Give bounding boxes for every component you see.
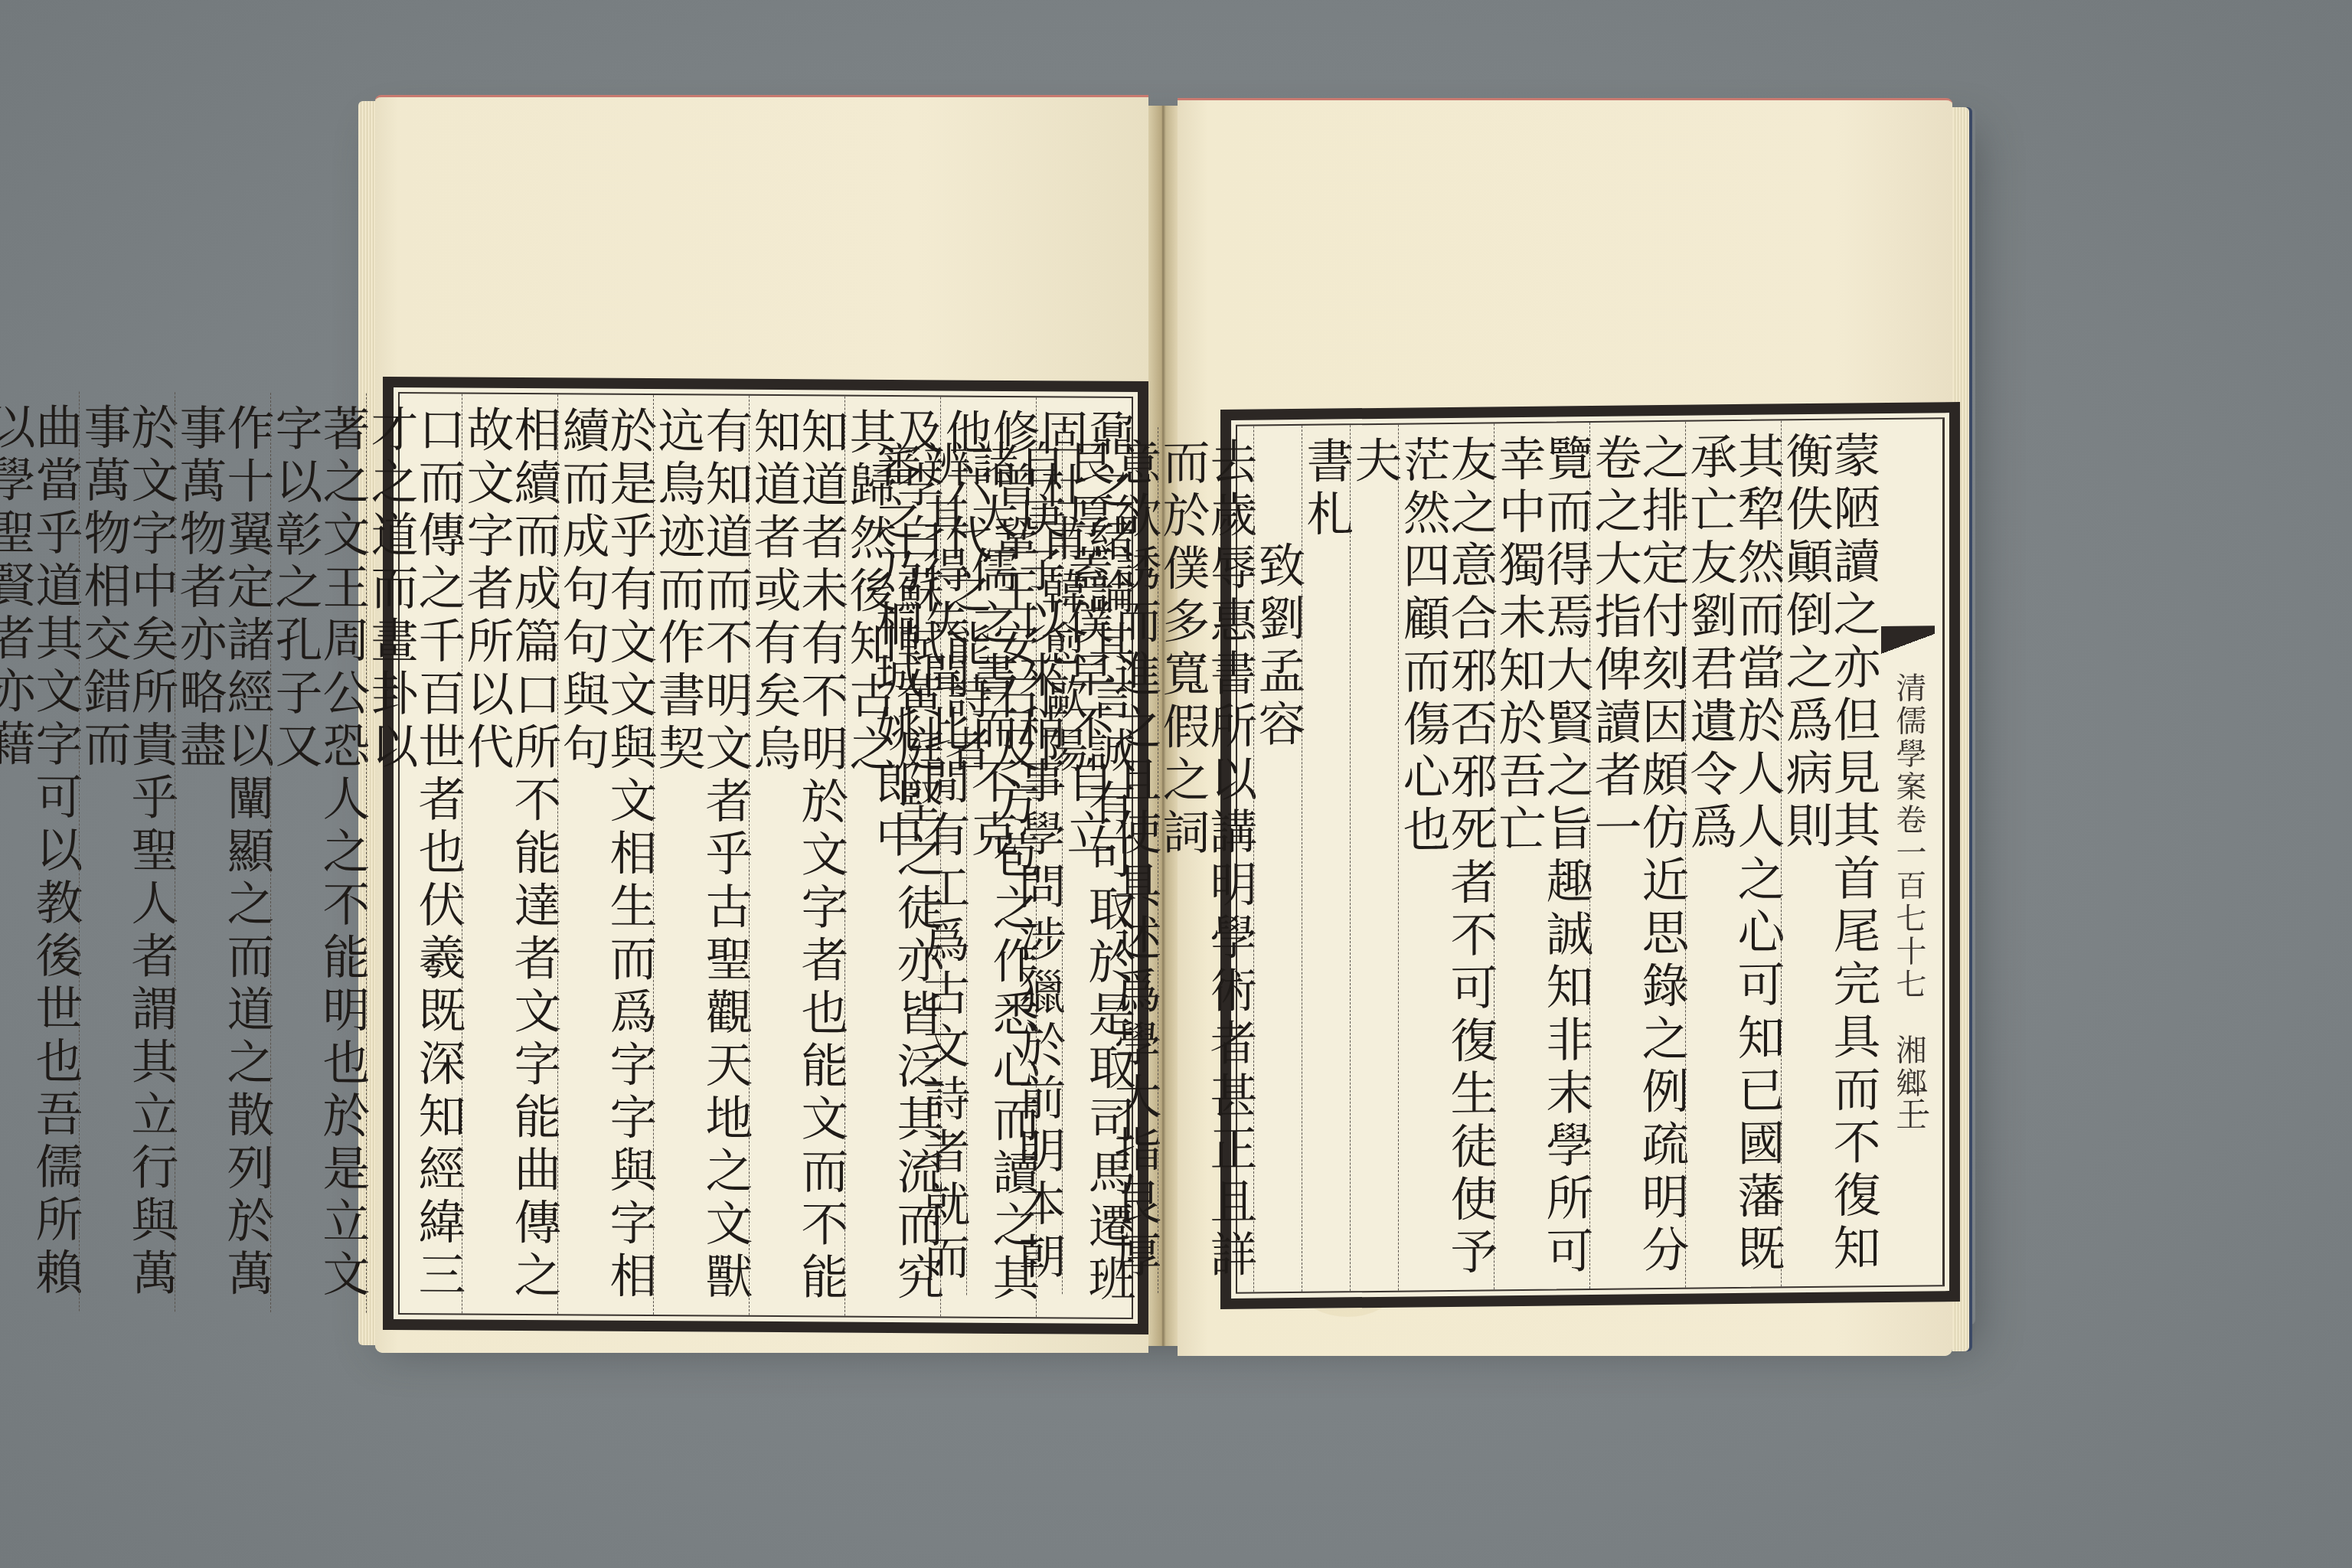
banxin-section-text: 湘鄉上 (1891, 1034, 1926, 1132)
column-text: 致劉孟容 (1254, 541, 1302, 753)
text-column: 其犂然而當於人人之心可知已國藩既承亡友劉君遺令爲 (1685, 420, 1781, 1287)
column-text: 作十翼定諸經以闡顯之而道之散列於萬事萬物者亦略盡 (175, 403, 270, 1312)
column-text: 口而傳之千百世者也伏羲既深知經緯三才之道而畫卦以 (367, 404, 462, 1314)
text-column: 之排定付刻因頗仿近思錄之例疏明分卷之大指俾讀者一 (1589, 422, 1685, 1289)
column-text: 友之意合邪否邪死者不可復生徒使予茫然四顧而傷心也 (1399, 434, 1494, 1290)
column-text: 曲當乎道其文字可以教後世也吾儒所賴以學聖賢者亦藉 (0, 402, 79, 1312)
text-column: 自庚子以來稍事學問涉獵於前明本朝諸大儒之書而不克 (966, 428, 1062, 1295)
text-column: 口而傳之千百世者也伏羲既深知經緯三才之道而畫卦以 (366, 394, 462, 1314)
column-text: 書札 (1302, 436, 1350, 542)
banxin-title-text: 清儒學案卷一百七十七 (1891, 671, 1926, 1001)
banxin-center-strip: 清儒學案卷一百七十七 湘鄉上 三 (1877, 419, 1943, 1285)
column-text: 其犂然而當於人人之心可知已國藩既承亡友劉君遺令爲 (1686, 431, 1781, 1287)
text-column: 意欲誘而進之且使具述爲學大指艮厚艮厚蓋僕早不自立 (1062, 427, 1158, 1294)
banxin-title: 清儒學案卷一百七十七 湘鄉上 (1887, 671, 1931, 1133)
column-text: 著之文王周公恐人之不能明也於是立文字以彰之孔子又 (271, 403, 366, 1313)
column-text: 意欲誘而進之且使具述爲學大指艮厚艮厚蓋僕早不自立 (1063, 438, 1158, 1294)
text-column: 於是乎有文文與文相生而爲字字與字相續而成句句與句 (557, 394, 653, 1315)
text-column: 於文字中矣所貴乎聖人者謂其立行與萬事萬物相交錯而 (79, 392, 175, 1312)
right-page-frame: 清儒學案卷一百七十七 湘鄉上 三 蒙陋讀之亦但見其首尾完具而不復知衡佚顚倒之爲病… (1220, 402, 1960, 1309)
column-text: 知道者未有不明於文字者也能文而不能知道者或有矣烏 (750, 407, 844, 1316)
column-text: 於是乎有文文與文相生而爲字字與字相續而成句句與句 (558, 405, 653, 1315)
text-column: 作十翼定諸經以闡顯之而道之散列於萬事萬物者亦略盡 (175, 392, 270, 1312)
text-column: 知道者未有不明於文字者也能文而不能知道者或有矣烏 (749, 396, 844, 1316)
text-column: 去歲辱惠書所以講明學術者甚正且詳而於僕多寬假之詞 (1158, 426, 1253, 1293)
column-text: 於文字中矣所貴乎聖人者謂其立行與萬事萬物相交錯而 (80, 403, 175, 1312)
text-column: 覽而得焉大賢之旨趣誠知非末學所可幸中獨未知於吾亡 (1494, 423, 1589, 1289)
fish-tail-mark-icon (1881, 626, 1935, 657)
text-column: 友之意合邪否邪死者不可復生徒使予茫然四顧而傷心也 (1398, 423, 1494, 1290)
column-text: 相續而成篇口所不能達者文字能曲傳之故文字者所以代 (462, 405, 557, 1315)
column-text: 辨其得失聞此閒有工爲古文詩者就而審之乃桐城姚郎中 (871, 440, 966, 1296)
column-text: 有知道而不明文者乎古聖觀天地之文獸迒鳥迹而作書契 (654, 406, 749, 1315)
text-column: 夫 (1350, 425, 1398, 1292)
column-text: 夫 (1351, 436, 1398, 489)
column-text: 去歲辱惠書所以講明學術者甚正且詳而於僕多寬假之詞 (1158, 437, 1253, 1293)
text-column: 相續而成篇口所不能達者文字能曲傳之故文字者所以代 (462, 394, 557, 1315)
text-column: 辨其得失聞此閒有工爲古文詩者就而審之乃桐城姚郎中 (871, 430, 966, 1296)
right-page-text-block: 清儒學案卷一百七十七 湘鄉上 三 蒙陋讀之亦但見其首尾完具而不復知衡佚顚倒之爲病… (1236, 417, 1945, 1294)
text-column: 有知道而不明文者乎古聖觀天地之文獸迒鳥迹而作書契 (653, 395, 749, 1315)
letter-title: 致劉孟容 (1253, 426, 1302, 1292)
section-heading: 書札 (1302, 425, 1350, 1292)
column-text: 蒙陋讀之亦但見其首尾完具而不復知衡佚顚倒之爲病則 (1782, 430, 1877, 1286)
column-text: 自庚子以來稍事學問涉獵於前明本朝諸大儒之書而不克 (967, 439, 1062, 1295)
text-column: 曲當乎道其文字可以教後世也吾儒所賴以學聖賢者亦藉 (0, 391, 79, 1312)
page-number: 三 (1889, 1085, 1935, 1118)
text-column: 蒙陋讀之亦但見其首尾完具而不復知衡佚顚倒之爲病則 (1781, 420, 1877, 1286)
column-text: 之排定付刻因頗仿近思錄之例疏明分卷之大指俾讀者一 (1590, 433, 1685, 1289)
text-column: 著之文王周公恐人之不能明也於是立文字以彰之孔子又 (270, 393, 366, 1313)
column-text: 覽而得焉大賢之旨趣誠知非末學所可幸中獨未知於吾亡 (1494, 433, 1589, 1289)
